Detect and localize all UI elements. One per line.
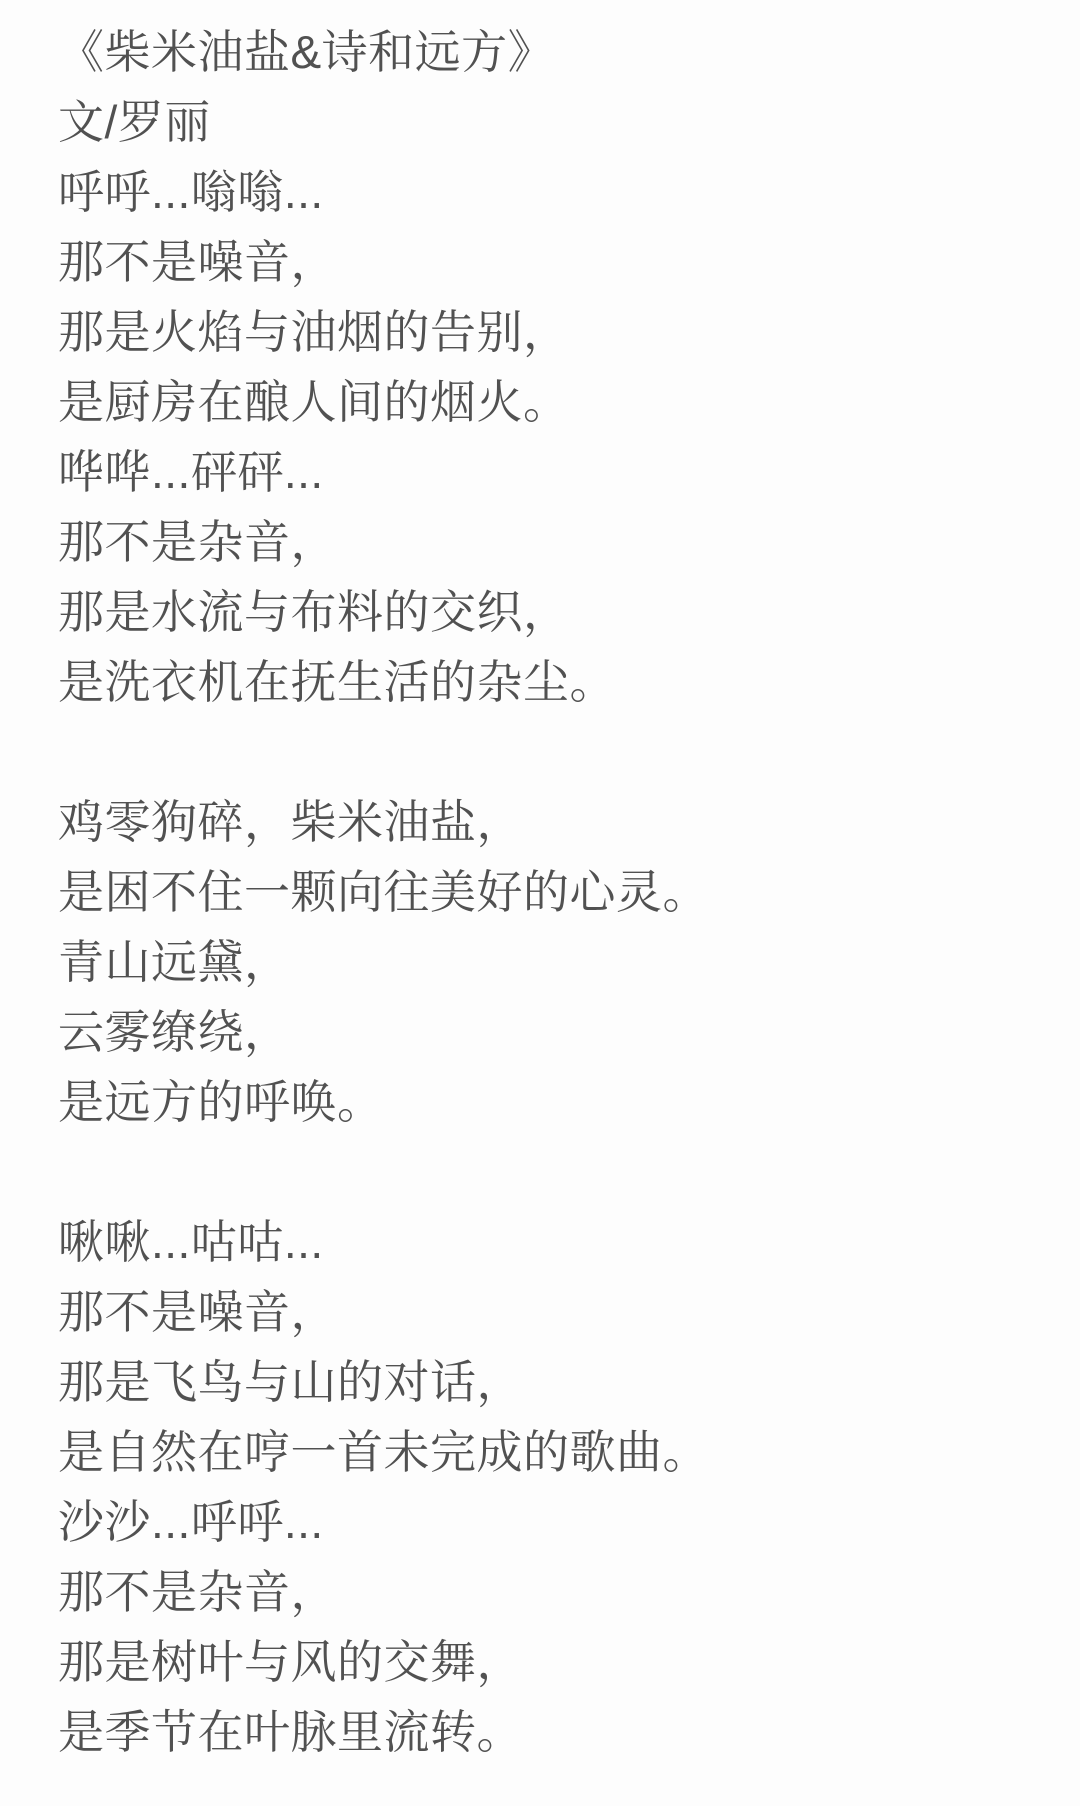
poem-title: 《柴米油盐&诗和远方》 (58, 17, 1040, 87)
stanza-2: 鸡零狗碎，柴米油盐，是困不住一颗向往美好的心灵。青山远黛，云雾缭绕，是远方的呼唤… (58, 787, 1040, 1137)
stanza-3: 啾啾...咕咕...那不是噪音，那是飞鸟与山的对话，是自然在哼一首未完成的歌曲。… (58, 1207, 1040, 1767)
poem-line: 那是水流与布料的交织， (58, 577, 1040, 647)
stanza-1: 呼呼...嗡嗡...那不是噪音，那是火焰与油烟的告别，是厨房在酿人间的烟火。哗哗… (58, 157, 1040, 717)
poem-line: 是远方的呼唤。 (58, 1067, 1040, 1137)
poem-line: 那不是杂音， (58, 507, 1040, 577)
poem-line: 青山远黛， (58, 927, 1040, 997)
poem-line: 是洗衣机在抚生活的杂尘。 (58, 647, 1040, 717)
poem-byline: 文/罗丽 (58, 87, 1040, 157)
poem-line: 那是火焰与油烟的告别， (58, 297, 1040, 367)
poem-page: 《柴米油盐&诗和远方》 文/罗丽 呼呼...嗡嗡...那不是噪音，那是火焰与油烟… (0, 0, 1080, 1806)
poem-line: 那不是噪音， (58, 1277, 1040, 1347)
poem-line: 呼呼...嗡嗡... (58, 157, 1040, 227)
poem-line: 哗哗...砰砰... (58, 437, 1040, 507)
poem-body: 呼呼...嗡嗡...那不是噪音，那是火焰与油烟的告别，是厨房在酿人间的烟火。哗哗… (58, 157, 1040, 1767)
poem-line: 啾啾...咕咕... (58, 1207, 1040, 1277)
poem-line: 沙沙...呼呼... (58, 1487, 1040, 1557)
poem-line: 鸡零狗碎，柴米油盐， (58, 787, 1040, 857)
poem-line: 是厨房在酿人间的烟火。 (58, 367, 1040, 437)
poem-line: 是季节在叶脉里流转。 (58, 1697, 1040, 1767)
poem-line: 是困不住一颗向往美好的心灵。 (58, 857, 1040, 927)
poem-line: 那不是噪音， (58, 227, 1040, 297)
poem-line: 是自然在哼一首未完成的歌曲。 (58, 1417, 1040, 1487)
poem-line: 那不是杂音， (58, 1557, 1040, 1627)
poem-line: 云雾缭绕， (58, 997, 1040, 1067)
poem-line: 那是树叶与风的交舞， (58, 1627, 1040, 1697)
poem-line: 那是飞鸟与山的对话， (58, 1347, 1040, 1417)
